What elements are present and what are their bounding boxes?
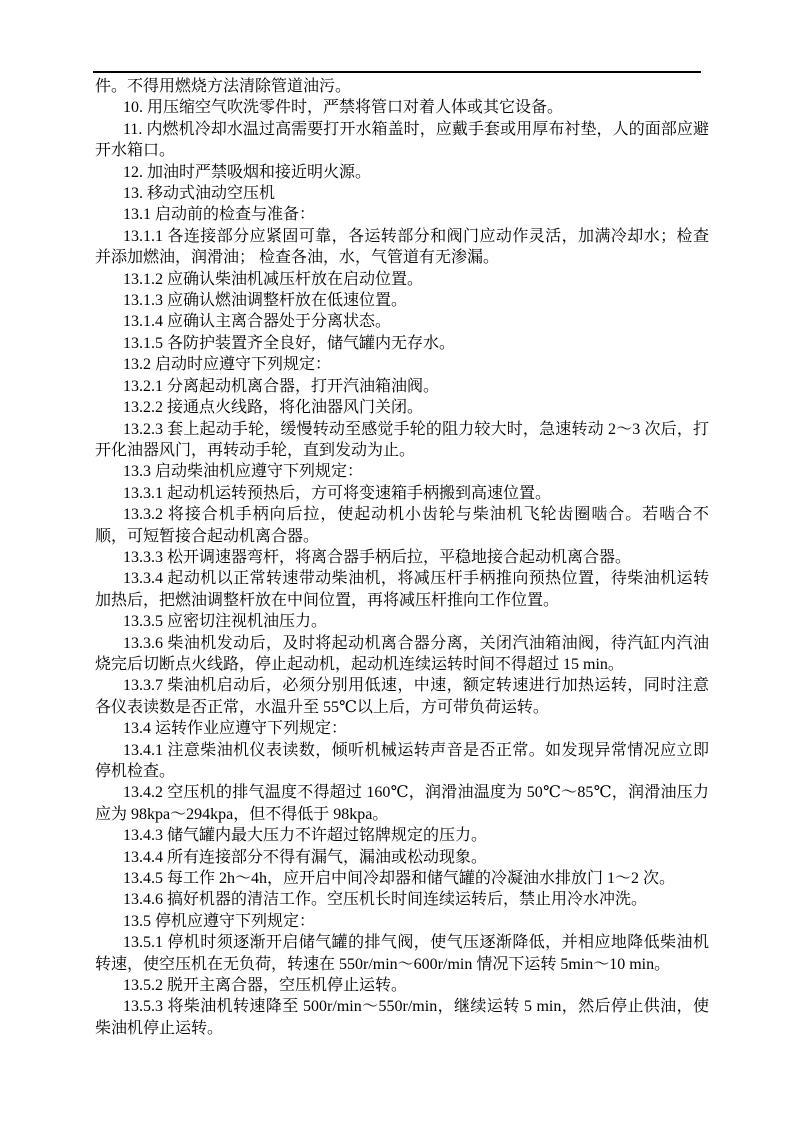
paragraph: 13.5.1 停机时须逐渐开启储气罐的排气阀，使气压逐渐降低，并相应地降低柴油机… <box>95 932 709 975</box>
paragraph: 13.3 启动柴油机应遵守下列规定： <box>95 461 709 482</box>
document-page: 件。不得用燃烧方法清除管道油污。10. 用压缩空气吹洗零件时，严禁将管口对着人体… <box>0 0 793 1122</box>
paragraph: 13.5 停机应遵守下列规定： <box>95 911 709 932</box>
paragraph: 13.2.1 分离起动机离合器，打开汽油箱油阀。 <box>95 376 709 397</box>
paragraph: 13. 移动式油动空压机 <box>95 183 709 204</box>
paragraph: 12. 加油时严禁吸烟和接近明火源。 <box>95 162 709 183</box>
paragraph: 件。不得用燃烧方法清除管道油污。 <box>95 76 709 97</box>
paragraph: 13.1.4 应确认主离合器处于分离状态。 <box>95 311 709 332</box>
paragraph: 13.4.1 注意柴油机仪表读数，倾听机械运转声音是否正常。如发现异常情况应立即… <box>95 740 709 783</box>
paragraph: 13.3.4 起动机以正常转速带动柴油机，将减压杆手柄推向预热位置，待柴油机运转… <box>95 568 709 611</box>
paragraph: 13.2.2 接通点火线路，将化油器风门关闭。 <box>95 397 709 418</box>
paragraph: 13.3.3 松开调速器弯杆，将离合器手柄后拉，平稳地接合起动机离合器。 <box>95 547 709 568</box>
document-body: 件。不得用燃烧方法清除管道油污。10. 用压缩空气吹洗零件时，严禁将管口对着人体… <box>95 76 709 1039</box>
paragraph: 13.4.3 储气罐内最大压力不许超过铭牌规定的压力。 <box>95 825 709 846</box>
paragraph: 13.4.5 每工作 2h～4h，应开启中间冷却器和储气罐的冷凝油水排放门 1～… <box>95 868 709 889</box>
paragraph: 13.2.3 套上起动手轮，缓慢转动至感觉手轮的阻力较大时，急速转动 2～3 次… <box>95 419 709 462</box>
paragraph: 13.1.3 应确认燃油调整杆放在低速位置。 <box>95 290 709 311</box>
header-rule <box>93 71 701 73</box>
paragraph: 13.1.5 各防护装置齐全良好，储气罐内无存水。 <box>95 333 709 354</box>
paragraph: 10. 用压缩空气吹洗零件时，严禁将管口对着人体或其它设备。 <box>95 97 709 118</box>
paragraph: 13.1.2 应确认柴油机减压杆放在启动位置。 <box>95 269 709 290</box>
paragraph: 13.3.7 柴油机启动后，必须分别用低速，中速，额定转速进行加热运转，同时注意… <box>95 675 709 718</box>
paragraph: 13.3.6 柴油机发动后，及时将起动机离合器分离，关闭汽油箱油阀，待汽缸内汽油… <box>95 633 709 676</box>
paragraph: 13.5.2 脱开主离合器，空压机停止运转。 <box>95 975 709 996</box>
paragraph: 13.1.1 各连接部分应紧固可靠，各运转部分和阀门应动作灵活，加满冷却水；检查… <box>95 226 709 269</box>
paragraph: 13.4.6 搞好机器的清洁工作。空压机长时间连续运转后，禁止用冷水冲洗。 <box>95 889 709 910</box>
paragraph: 13.5.3 将柴油机转速降至 500r/min～550r/min，继续运转 5… <box>95 996 709 1039</box>
paragraph: 13.3.2 将接合机手柄向后拉，使起动机小齿轮与柴油机飞轮齿圈啮合。若啮合不顺… <box>95 504 709 547</box>
paragraph: 13.3.5 应密切注视机油压力。 <box>95 611 709 632</box>
paragraph: 13.4.2 空压机的排气温度不得超过 160℃，润滑油温度为 50℃～85℃，… <box>95 782 709 825</box>
paragraph: 13.4.4 所有连接部分不得有漏气，漏油或松动现象。 <box>95 847 709 868</box>
paragraph: 13.3.1 起动机运转预热后，方可将变速箱手柄搬到高速位置。 <box>95 483 709 504</box>
paragraph: 11. 内燃机冷却水温过高需要打开水箱盖时，应戴手套或用厚布衬垫，人的面部应避开… <box>95 119 709 162</box>
paragraph: 13.1 启动前的检查与准备： <box>95 204 709 225</box>
paragraph: 13.2 启动时应遵守下列规定： <box>95 354 709 375</box>
paragraph: 13.4 运转作业应遵守下列规定： <box>95 718 709 739</box>
